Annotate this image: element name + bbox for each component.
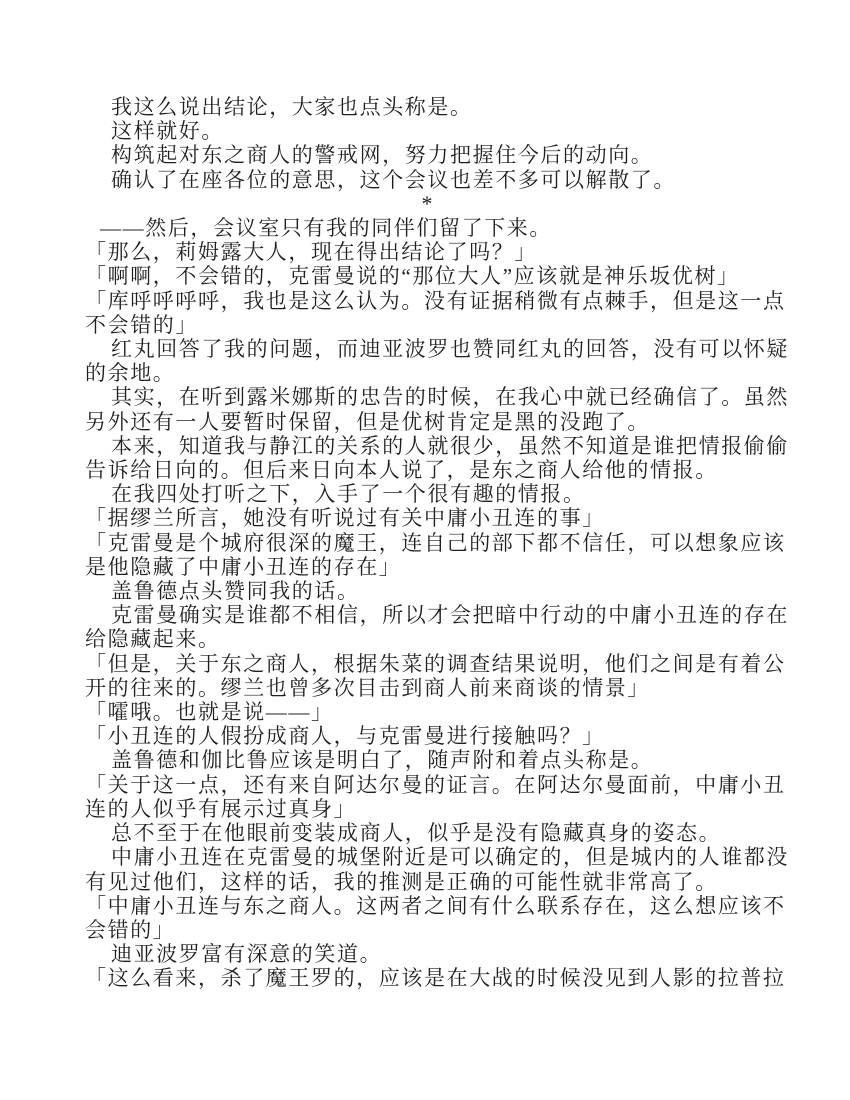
text-line: 是他隐藏了中庸小丑连的存在」 [85,555,769,579]
text-line: 总不至于在他眼前变装成商人，似乎是没有隐藏真身的姿态。 [85,821,769,845]
text-line: 「据缪兰所言，她没有听说过有关中庸小丑连的事」 [85,506,769,530]
text-line: 「但是，关于东之商人，根据朱菜的调查结果说明，他们之间是有着公 [85,652,769,676]
text-line: 「中庸小丑连与东之商人。这两者之间有什么联系存在，这么想应该不 [85,894,769,918]
text-line: 我这么说出结论，大家也点头称是。 [85,95,769,119]
text-line: 的余地。 [85,361,769,385]
text-line: ——然后，会议室只有我的同伴们留了下来。 [85,216,769,240]
text-line: 有见过他们，这样的话，我的推测是正确的可能性就非常高了。 [85,870,769,894]
document-page: 我这么说出结论，大家也点头称是。这样就好。构筑起对东之商人的警戒网，努力把握住今… [0,0,850,1100]
text-line: 「那么，莉姆露大人，现在得出结论了吗？」 [85,240,769,264]
text-line: 红丸回答了我的问题，而迪亚波罗也赞同红丸的回答，没有可以怀疑 [85,337,769,361]
text-line: 「库呼呼呼呼，我也是这么认为。没有证据稍微有点棘手，但是这一点 [85,289,769,313]
text-line: 本来，知道我与静江的关系的人就很少，虽然不知道是谁把情报偷偷 [85,434,769,458]
text-line: 克雷曼确实是谁都不相信，所以才会把暗中行动的中庸小丑连的存在 [85,603,769,627]
text-line: 在我四处打听之下，入手了一个很有趣的情报。 [85,482,769,506]
page-text: 我这么说出结论，大家也点头称是。这样就好。构筑起对东之商人的警戒网，努力把握住今… [85,95,769,991]
text-line: 另外还有一人要暂时保留，但是优树肯定是黑的没跑了。 [85,410,769,434]
text-line: 「克雷曼是个城府很深的魔王，连自己的部下都不信任，可以想象应该 [85,531,769,555]
text-line: 会错的」 [85,918,769,942]
text-line: 「啊啊，不会错的，克雷曼说的“那位大人”应该就是神乐坂优树」 [85,264,769,288]
text-line: 构筑起对东之商人的警戒网，努力把握住今后的动向。 [85,143,769,167]
text-line: 「这么看来，杀了魔王罗的，应该是在大战的时候没见到人影的拉普拉 [85,966,769,990]
text-line: 盖鲁德和伽比鲁应该是明白了，随声附和着点头称是。 [85,748,769,772]
text-line: 迪亚波罗富有深意的笑道。 [85,942,769,966]
text-line: 确认了在座各位的意思，这个会议也差不多可以解散了。 [85,168,769,192]
text-line: 中庸小丑连在克雷曼的城堡附近是可以确定的，但是城内的人谁都没 [85,845,769,869]
text-line: 开的往来的。缪兰也曾多次目击到商人前来商谈的情景」 [85,676,769,700]
text-line: 连的人似乎有展示过真身」 [85,797,769,821]
text-line: 给隐藏起来。 [85,627,769,651]
text-line: 盖鲁德点头赞同我的话。 [85,579,769,603]
text-line: 这样就好。 [85,119,769,143]
text-line: 「小丑连的人假扮成商人，与克雷曼进行接触吗？」 [85,724,769,748]
text-line: 不会错的」 [85,313,769,337]
text-line: 其实，在听到露米娜斯的忠告的时候，在我心中就已经确信了。虽然 [85,385,769,409]
text-line: 告诉给日向的。但后来日向本人说了，是东之商人给他的情报。 [85,458,769,482]
section-separator: * [85,192,769,216]
text-line: 「嚯哦。也就是说——」 [85,700,769,724]
text-line: 「关于这一点，还有来自阿达尔曼的证言。在阿达尔曼面前，中庸小丑 [85,773,769,797]
